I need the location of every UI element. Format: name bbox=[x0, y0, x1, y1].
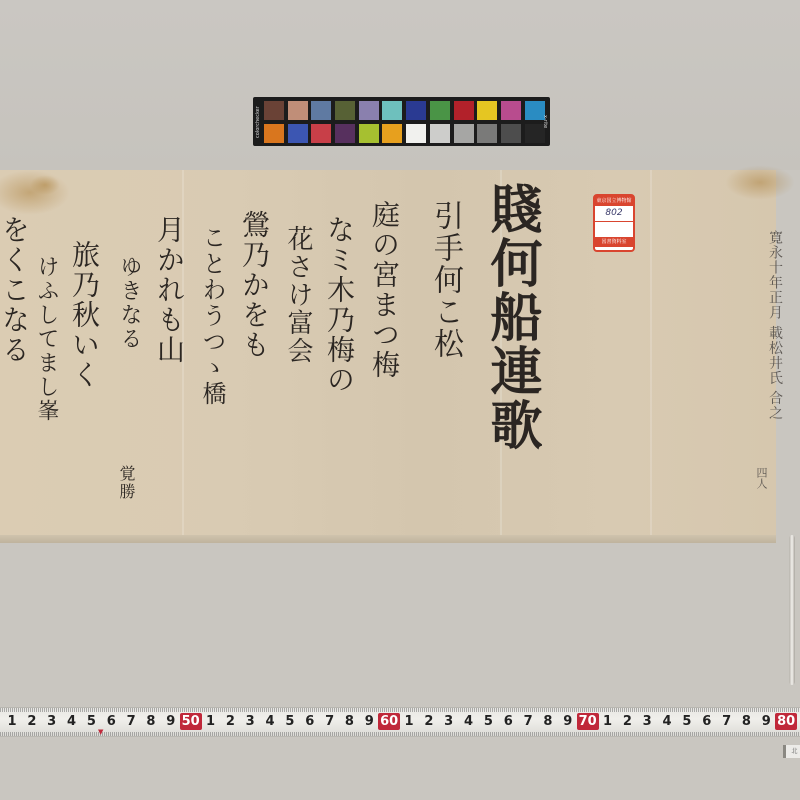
calligraphy-column: 花さけ富会 bbox=[285, 225, 311, 365]
tape-label: 3 bbox=[442, 714, 456, 729]
color-swatch bbox=[454, 124, 474, 143]
signature: 覚勝 bbox=[118, 465, 134, 501]
tape-label: 8 bbox=[342, 714, 356, 729]
catalog-label-blank bbox=[595, 222, 633, 237]
color-swatch bbox=[264, 124, 284, 143]
catalog-number: 802 bbox=[595, 206, 633, 222]
color-swatch bbox=[501, 101, 521, 120]
color-swatch bbox=[288, 101, 308, 120]
color-swatch bbox=[477, 101, 497, 120]
color-swatch bbox=[454, 101, 474, 120]
tape-label: 7 bbox=[124, 714, 138, 729]
tape-label: 7 bbox=[323, 714, 337, 729]
tape-label: 9 bbox=[164, 714, 178, 729]
tape-label: 3 bbox=[243, 714, 257, 729]
tape-label: 2 bbox=[25, 714, 39, 729]
tape-label: 1 bbox=[601, 714, 615, 729]
tape-label: 5 bbox=[680, 714, 694, 729]
tape-label: 2 bbox=[620, 714, 634, 729]
side-annotation-small: 四人 bbox=[753, 467, 769, 489]
color-swatch bbox=[406, 124, 426, 143]
color-swatch bbox=[288, 124, 308, 143]
tape-label: 5 bbox=[283, 714, 297, 729]
corner-tag: 北 bbox=[783, 745, 800, 758]
color-swatch bbox=[335, 124, 355, 143]
calligraphy-column: けふしてまし峯 bbox=[35, 255, 57, 423]
color-swatch bbox=[335, 101, 355, 120]
catalog-label: 東京国立博物館 802 図書資料室 bbox=[593, 194, 635, 252]
tape-label: 6 bbox=[501, 714, 515, 729]
tape-label: 4 bbox=[660, 714, 674, 729]
calligraphy-column: 庭の宮まつ梅 bbox=[370, 200, 398, 380]
tape-label: 5 bbox=[481, 714, 495, 729]
calligraphy-column: をくこなる bbox=[0, 215, 28, 365]
color-swatch bbox=[359, 101, 379, 120]
color-swatch bbox=[382, 124, 402, 143]
tape-label: 5 bbox=[84, 714, 98, 729]
tape-label: 8 bbox=[144, 714, 158, 729]
calligraphy-column: ことわうつゝ橋 bbox=[200, 225, 224, 407]
tape-label: 6 bbox=[700, 714, 714, 729]
tape-major-label: 80 bbox=[775, 713, 797, 730]
tape-major-label: 60 bbox=[378, 713, 400, 730]
calligraphy-column: なミ木乃梅の bbox=[325, 215, 353, 395]
tape-label: 9 bbox=[561, 714, 575, 729]
tape-major-label: 70 bbox=[577, 713, 599, 730]
tape-label: 3 bbox=[640, 714, 654, 729]
calligraphy-scroll: 賤何船連歌 引手何こ松庭の宮まつ梅なミ木乃梅の花さけ富会鶯乃かをもことわうつゝ橋… bbox=[0, 170, 776, 535]
scroll-cord bbox=[789, 535, 795, 685]
catalog-label-footer: 図書資料室 bbox=[595, 237, 633, 247]
tape-label: 4 bbox=[462, 714, 476, 729]
tape-label: 2 bbox=[422, 714, 436, 729]
color-checker-chart: colorchecker x-rite bbox=[253, 97, 550, 146]
tape-label: 3 bbox=[45, 714, 59, 729]
color-swatch bbox=[359, 124, 379, 143]
tape-label: 7 bbox=[720, 714, 734, 729]
color-swatch bbox=[311, 124, 331, 143]
catalog-label-header: 東京国立博物館 bbox=[595, 196, 633, 206]
tape-label: 1 bbox=[402, 714, 416, 729]
tape-label: 8 bbox=[541, 714, 555, 729]
tape-label: 8 bbox=[739, 714, 753, 729]
calligraphy-column: 旅乃秋いく bbox=[70, 240, 98, 390]
tape-label: 4 bbox=[65, 714, 79, 729]
tape-label: 7 bbox=[521, 714, 535, 729]
tape-label: 1 bbox=[5, 714, 19, 729]
color-swatch bbox=[382, 101, 402, 120]
water-stain bbox=[725, 165, 795, 200]
side-annotation: 寛永十年正月 載松井氏 合之 bbox=[765, 230, 785, 421]
measuring-tape: ▼ 12345678950123456789601234567897012345… bbox=[0, 707, 800, 737]
tape-label: 2 bbox=[223, 714, 237, 729]
color-swatch bbox=[406, 101, 426, 120]
calligraphy-column: 引手何こ松 bbox=[430, 200, 460, 360]
tape-label: 6 bbox=[303, 714, 317, 729]
color-swatch bbox=[430, 124, 450, 143]
xrite-logo: x-rite bbox=[540, 111, 548, 133]
color-swatch bbox=[430, 101, 450, 120]
scroll-bottom-edge bbox=[0, 535, 776, 543]
fold-line bbox=[650, 170, 652, 535]
color-swatch bbox=[501, 124, 521, 143]
color-swatch-grid bbox=[264, 101, 545, 143]
calligraphy-column: ゆきなる bbox=[118, 255, 140, 351]
color-swatch bbox=[311, 101, 331, 120]
tape-label: 1 bbox=[204, 714, 218, 729]
tape-label: 6 bbox=[104, 714, 118, 729]
water-stain bbox=[30, 175, 60, 195]
tape-label: 9 bbox=[759, 714, 773, 729]
calligraphy-column: 鶯乃かをも bbox=[240, 210, 268, 360]
color-swatch bbox=[477, 124, 497, 143]
scroll-title: 賤何船連歌 bbox=[485, 182, 537, 452]
calligraphy-column: 月かれも山 bbox=[155, 215, 183, 365]
color-checker-brand: colorchecker bbox=[255, 103, 263, 141]
color-swatch bbox=[264, 101, 284, 120]
tape-marker-icon: ▼ bbox=[98, 728, 103, 736]
tape-major-label: 50 bbox=[180, 713, 202, 730]
tape-label: 9 bbox=[362, 714, 376, 729]
tape-label: 4 bbox=[263, 714, 277, 729]
